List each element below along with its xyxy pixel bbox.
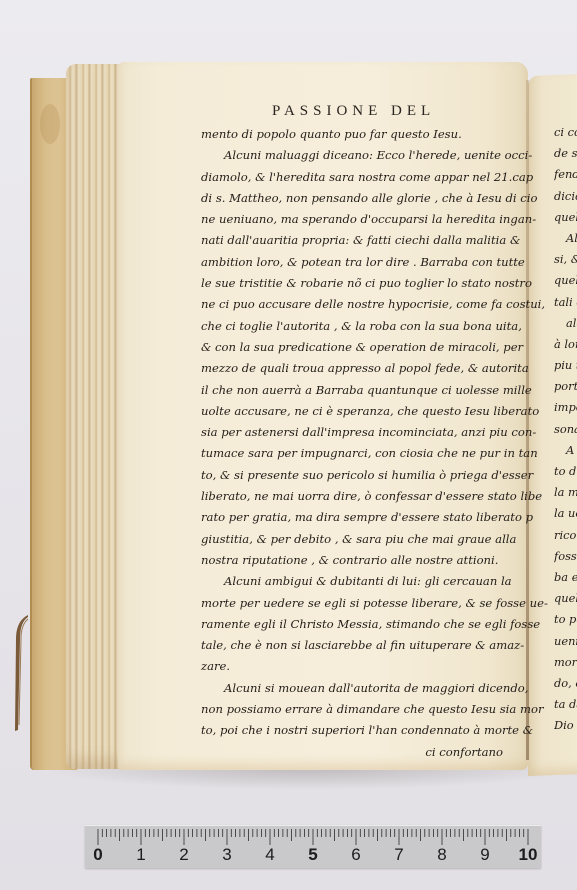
ruler-label: 2 (172, 845, 196, 865)
text-line: mezzo de quali troua appresso al popol f… (201, 358, 513, 379)
page-stack-fore-edge (66, 64, 126, 769)
text-line-fragment: Al (554, 228, 577, 249)
text-line-fragment: ci con (554, 122, 577, 143)
left-page-text: mento di popolo quanto puo far questo Ie… (201, 124, 513, 763)
text-line-fragment: sona (554, 419, 577, 440)
ruler-ticks (85, 826, 541, 846)
text-line-fragment: la mo (554, 482, 577, 503)
text-line-fragment: uenir (554, 631, 577, 652)
text-line: to, & si presente suo pericolo si humili… (201, 465, 513, 486)
text-line: tale, che è non si lasciarebbe al fin ui… (201, 635, 513, 656)
ruler-label: 9 (473, 845, 497, 865)
ruler-label: 6 (344, 845, 368, 865)
ruler-label: 3 (215, 845, 239, 865)
text-line-fragment: de suc (554, 143, 577, 164)
text-line-fragment: do, c (554, 673, 577, 694)
ruler-label: 1 (129, 845, 153, 865)
ruler-label: 4 (258, 845, 282, 865)
text-line: mento di popolo quanto puo far questo Ie… (201, 124, 513, 145)
text-line: che ci toglie l'autorita , & la roba con… (201, 316, 513, 337)
text-line: zare. (201, 656, 513, 677)
ruler-label: 7 (387, 845, 411, 865)
text-line-fragment: port (554, 376, 577, 397)
running-head: PASSIONE DEL (272, 103, 472, 120)
text-line: Alcuni ambigui & dubitanti di lui: gli c… (201, 571, 513, 592)
text-line: il che non auerrà a Barraba quantunque c… (201, 380, 513, 401)
scale-ruler: 012345678910 (85, 825, 541, 868)
text-line: ne ueniuano, ma sperando d'occuparsi la … (201, 209, 513, 230)
text-line-fragment: la uol (554, 503, 577, 524)
text-line-fragment: piu to (554, 355, 577, 376)
text-line: ambition loro, & potean tra lor dire . B… (201, 252, 513, 273)
text-line: rato per gratia, ma dira sempre d'essere… (201, 507, 513, 528)
text-line: giustitia, & per debito , & sara piu che… (201, 529, 513, 550)
text-line-fragment: fosser (554, 546, 577, 567)
text-line-fragment: quelli (554, 270, 577, 291)
text-line: diamolo, & l'heredita sara nostra come a… (201, 167, 513, 188)
text-line: Alcuni si mouean dall'autorita de maggio… (201, 678, 513, 699)
text-line: ramente egli il Christo Messia, stimando… (201, 614, 513, 635)
text-line: ne ci puo accusare delle nostre hypocris… (201, 294, 513, 315)
ruler-label: 0 (86, 845, 110, 865)
ruler-label: 5 (301, 845, 325, 865)
text-line-fragment: quel d (554, 207, 577, 228)
book-shadow (40, 768, 577, 790)
text-line-fragment: tali e (554, 292, 577, 313)
text-line-fragment: dicio c (554, 186, 577, 207)
text-line: nati dall'auaritia propria: & fatti ciec… (201, 230, 513, 251)
text-line-fragment: alc (554, 313, 577, 334)
text-line: Alcuni maluaggi diceano: Ecco l'herede, … (201, 145, 513, 166)
text-line: di s. Mattheo, non pensando alle glorie … (201, 188, 513, 209)
text-line: to, poi che i nostri superiori l'han con… (201, 720, 513, 741)
text-line-fragment: mort (554, 652, 577, 673)
text-line: sia per astenersi dall'impresa incominci… (201, 422, 513, 443)
text-line-fragment: fenda (554, 164, 577, 185)
ruler-label: 10 (516, 845, 540, 865)
text-line: liberato, ne mai uorra dire, ò confessar… (201, 486, 513, 507)
text-line-fragment: si, & (554, 249, 577, 270)
text-line-fragment: to di (554, 461, 577, 482)
text-line: morte per uedere se egli si potesse libe… (201, 593, 513, 614)
catchword: ci confortano (201, 742, 513, 763)
text-line: uolte accusare, ne ci è speranza, che qu… (201, 401, 513, 422)
text-line-fragment: Dio (554, 715, 577, 736)
text-line-fragment: à lor (554, 334, 577, 355)
text-line: tumace sara per impugnarci, con ciosia c… (201, 443, 513, 464)
text-line-fragment: to poc (554, 609, 577, 630)
text-line: & con la sua predicatione & operation de… (201, 337, 513, 358)
text-line: le sue tristitie & robarie nõ ci puo tog… (201, 273, 513, 294)
ribbon-bookmark (14, 615, 30, 735)
text-line-fragment: ricon (554, 525, 577, 546)
right-page-text-fragment: ci conde sucfendadicio cquel dAlsi, &que… (554, 122, 577, 736)
text-line-fragment: quel t (554, 588, 577, 609)
text-line-fragment: ba er (554, 567, 577, 588)
ruler-label: 8 (430, 845, 454, 865)
text-line-fragment: A (554, 440, 577, 461)
text-line-fragment: ta da (554, 694, 577, 715)
text-line: non possiamo errare à dimandare che ques… (201, 699, 513, 720)
text-line-fragment: impo (554, 397, 577, 418)
text-line: nostra riputatione , & contrario alle no… (201, 550, 513, 571)
